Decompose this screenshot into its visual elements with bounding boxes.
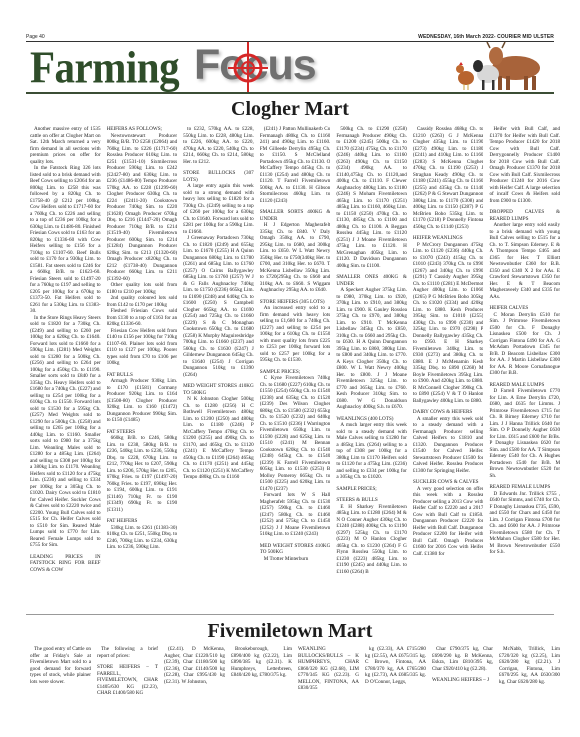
- article-column: (£2.41). D McKenna, Augher, Char £1220/5…: [164, 646, 225, 736]
- paragraph: 2nd quality coloured lots sold from £142…: [107, 295, 178, 308]
- paragraph: Brookeborough, Lim £890/400 kg (£2.22), …: [231, 646, 292, 679]
- article-column: kg (£2.33), AA £715/280 kg (£2.55), AA £…: [365, 646, 426, 736]
- subheading: SMALLER SORTS 400KG & UNDER: [260, 209, 331, 222]
- paragraph: 500kg Ch. to £1290 (£258) Fermanagh Prod…: [336, 126, 407, 269]
- subheading: LEADING PRICES IN FATSTOCK RING FOR BEEF…: [30, 554, 101, 574]
- section-title-clogher: Clogher Mart: [0, 98, 580, 121]
- paragraph: N K Johnston Clogher 500kg Ch. to £1280 …: [183, 396, 254, 481]
- paragraph: A very good selection on offer this week…: [413, 486, 484, 558]
- paragraph: A Speckert Augher 375kg Lim. to £980, 37…: [336, 287, 407, 411]
- paragraph: H J Edgerton Magherafelt 335kg Ch. to £8…: [260, 222, 331, 294]
- paragraph: M Trotter Minterburn: [260, 556, 331, 563]
- paragraph: A large entry again this week sold to a …: [183, 183, 254, 235]
- paragraph: A smaller entry this week sold to a stea…: [413, 416, 484, 475]
- article-column: The good entry of Cattle on offer at Fri…: [30, 646, 91, 736]
- paragraph: Another massive entry of 1535 cattle on …: [30, 126, 101, 165]
- crosshair-target-icon: [228, 42, 268, 94]
- page-number: Page 40: [26, 34, 45, 40]
- clogher-article: Another massive entry of 1535 cattle on …: [30, 126, 560, 614]
- subheading: MED WEIGHT STORES 410KG TO 500KG: [183, 383, 254, 396]
- paragraph: Char £790/375 kg, Char £690/290 kg. B Mc…: [432, 646, 493, 672]
- masthead: Farming Focus: [26, 42, 554, 92]
- paragraph: J Greenaway Portadown 730kg Ch. to £1820…: [183, 235, 254, 378]
- paragraph: C Kyne Fivemiletown 740kg Ch. to £1680 (…: [260, 375, 331, 492]
- subheading: WEANLING BULLOCKS/BULLS – K Humphreys, C…: [298, 646, 359, 692]
- article-column: to £232, 570kg AA. to £228, 550kg Lim. t…: [183, 126, 254, 614]
- paragraph: Friesian Cow Heifers sold from £140 to £…: [107, 328, 178, 367]
- paragraph: Newtownstewart Producer 800kg B/B. TO £2…: [107, 133, 178, 283]
- paragraph: In the Fatstock Ring 326 lots listed sol…: [30, 165, 101, 315]
- paragraph: Other quality lots sold from £180 to £21…: [107, 282, 178, 295]
- article-column: McNabb, Trillick, Lim £720/320 kg (£2.25…: [499, 646, 560, 736]
- paragraph: D Edwards Jnr. Trillick £755 , £640 for …: [489, 491, 560, 556]
- paragraph: 660kg B/B. to £246, 580kg Lim. to £238, …: [107, 435, 178, 513]
- subheading: STORE HEIFERS – T Farrell, Fivemiletown,…: [97, 664, 158, 697]
- subheading: SUCKLER COWS & CALVES: [413, 479, 484, 486]
- paragraph: McNabb, Trillick, Lim £720/320 kg (£2.25…: [499, 646, 560, 685]
- paragraph: Armagh Producer 930kg Lim. to £170 (£158…: [107, 378, 178, 424]
- article-column: Char £790/375 kg, Char £690/290 kg. B Mc…: [432, 646, 493, 736]
- paragraph: 530kg Lim. to £261 (£1383-30) 610kg Ch. …: [107, 525, 178, 551]
- paragraph: D Farrell Fivemiletown £770 for Lim. A E…: [489, 388, 560, 479]
- paragraph: A much larger entry this week sold to a …: [336, 422, 407, 481]
- fivemiletown-article: The good entry of Cattle on offer at Fri…: [30, 646, 560, 736]
- masthead-rule: [26, 92, 554, 94]
- farm-animals-icon: [448, 38, 548, 92]
- paragraph: E H Sharkey Fivemiletown 485kg Lim. to £…: [336, 504, 407, 576]
- article-column: The following a brief report of prices:S…: [97, 646, 158, 736]
- section-divider: [26, 614, 554, 615]
- paragraph: The following a brief report of prices:: [97, 646, 158, 659]
- article-column: (£241) J Patton Mullinakerb Co Fermanagh…: [260, 126, 331, 614]
- paragraph: (£241) J Patton Mullinakerb Co Fermanagh…: [260, 126, 331, 204]
- paragraph: P McCrory Dungannon 475kg Lim. to £1120 …: [413, 242, 484, 405]
- article-column: Brookeborough, Lim £890/400 kg (£2.22), …: [231, 646, 292, 736]
- paragraph: In the Store Rings Heavy Steers sold to …: [30, 315, 101, 549]
- article-column: Cassidy Rosslea 468kg Ch. to £1210 (£263…: [413, 126, 484, 614]
- paragraph: to £232, 570kg AA. to £228, 550kg Lim. t…: [183, 126, 254, 165]
- paragraph: kg (£2.33), AA £715/280 kg (£2.55), AA £…: [365, 646, 426, 685]
- paragraph: Cassidy Rosslea 468kg Ch. to £1210 (£263…: [413, 126, 484, 230]
- article-column: 500kg Ch. to £1290 (£258) Fermanagh Prod…: [336, 126, 407, 614]
- paragraph: Fleshed Friesian Cows sold from £130 to …: [107, 308, 178, 328]
- article-column: WEANLING BULLOCKS/BULLS – K Humphreys, C…: [298, 646, 359, 736]
- paragraph: (£2.41). D McKenna, Augher, Char £1220/5…: [164, 646, 225, 685]
- subheading: REARED FEMALE LUMPS: [489, 484, 560, 491]
- paragraph: C Moran Derrylin £510 for Sim. J Primros…: [489, 312, 560, 377]
- paragraph: An increased entry sold to a firm demand…: [260, 305, 331, 364]
- article-column: Another massive entry of 1535 cattle on …: [30, 126, 101, 614]
- article-column: HEIFERS AS FOLLOWS;Newtownstewart Produc…: [107, 126, 178, 614]
- subheading: MED WEIGHT STORES 410KG TO 500KG: [260, 543, 331, 556]
- section-title-fivemiletown: Fivemiletown Mart: [0, 620, 580, 643]
- article-column: Heifer with Bull Calf, and £1370 for Hei…: [489, 126, 560, 614]
- paragraph: Heifer with Bull Calf, and £1370 for Hei…: [489, 126, 560, 204]
- masthead-farming: Farming: [30, 42, 179, 93]
- subheading: STORE BULLOCKS (307 lots): [183, 170, 254, 183]
- subheading: WEANLING HEIFERS – J: [432, 677, 493, 684]
- paragraph: Another large entry sold easily to a bri…: [489, 222, 560, 300]
- subheading: SAMPLE PRICES;: [336, 486, 407, 493]
- paragraph: The good entry of Cattle on offer at Fri…: [30, 646, 91, 685]
- subheading: SMALLER ONES 400KG & UNDER: [336, 274, 407, 287]
- paragraph: Forward lots W S Hall Magherafelt 595kg …: [260, 492, 331, 538]
- subheading: DROPPED CALVES & REARED LUMPS: [489, 209, 560, 222]
